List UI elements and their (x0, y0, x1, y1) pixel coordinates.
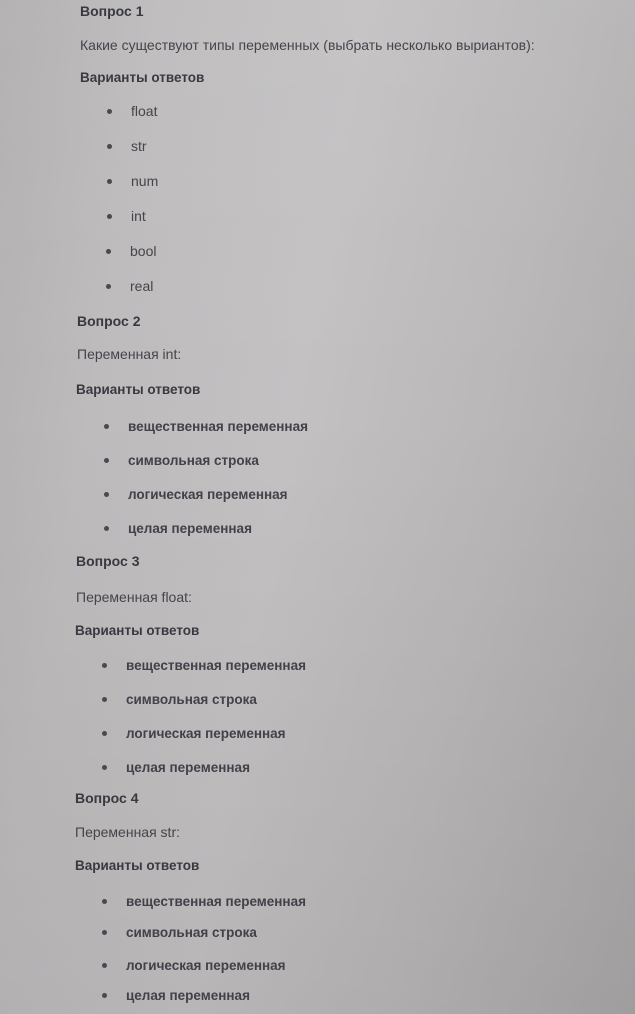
option-text: символьная строка (126, 925, 257, 940)
option-text: bool (130, 243, 156, 259)
question-title: Вопрос 4 (75, 790, 139, 806)
question-title: Вопрос 3 (76, 553, 140, 569)
bullet-icon (102, 930, 107, 935)
question-text: Переменная int: (77, 346, 181, 362)
answer-option: вещественная переменная (102, 894, 306, 909)
answer-option: логическая переменная (102, 726, 286, 741)
option-text: символьная строка (128, 453, 259, 468)
option-text: real (130, 278, 153, 294)
bullet-icon (104, 526, 109, 531)
bullet-icon (102, 663, 107, 668)
answer-option: int (107, 208, 146, 224)
option-text: логическая переменная (126, 958, 286, 973)
bullet-icon (104, 424, 109, 429)
answer-option: bool (106, 243, 156, 259)
bullet-icon (104, 492, 109, 497)
answer-option: вещественная переменная (104, 419, 308, 434)
answer-option: real (106, 278, 153, 294)
bullet-icon (104, 458, 109, 463)
option-text: вещественная переменная (126, 658, 306, 673)
bullet-icon (107, 144, 112, 149)
option-text: символьная строка (126, 692, 257, 707)
answer-option: float (107, 103, 157, 119)
option-text: логическая переменная (126, 726, 286, 741)
option-text: num (131, 173, 158, 189)
answer-option: целая переменная (102, 988, 250, 1003)
answer-option: логическая переменная (102, 958, 286, 973)
option-text: целая переменная (126, 760, 250, 775)
option-text: целая переменная (128, 521, 252, 536)
answer-option: логическая переменная (104, 487, 288, 502)
answer-option: символьная строка (104, 453, 259, 468)
option-text: вещественная переменная (128, 419, 308, 434)
option-text: логическая переменная (128, 487, 288, 502)
answers-label: Варианты ответов (76, 382, 200, 397)
bullet-icon (106, 284, 111, 289)
bullet-icon (102, 963, 107, 968)
answers-label: Варианты ответов (80, 70, 204, 85)
bullet-icon (102, 993, 107, 998)
answers-label: Варианты ответов (75, 858, 199, 873)
answer-option: str (107, 138, 147, 154)
option-text: вещественная переменная (126, 894, 306, 909)
bullet-icon (102, 765, 107, 770)
option-text: float (131, 103, 157, 119)
bullet-icon (106, 249, 111, 254)
answers-label: Варианты ответов (75, 623, 199, 638)
answer-option: символьная строка (102, 692, 257, 707)
option-text: str (131, 138, 147, 154)
question-text: Какие существуют типы переменных (выбрат… (80, 37, 535, 53)
option-text: int (131, 208, 146, 224)
bullet-icon (102, 731, 107, 736)
answer-option: целая переменная (102, 760, 250, 775)
question-text: Переменная str: (75, 824, 180, 840)
answer-option: символьная строка (102, 925, 257, 940)
bullet-icon (102, 899, 107, 904)
answer-option: вещественная переменная (102, 658, 306, 673)
question-title: Вопрос 2 (77, 313, 141, 329)
bullet-icon (102, 697, 107, 702)
question-title: Вопрос 1 (80, 3, 144, 19)
answer-option: num (107, 173, 158, 189)
question-text: Переменная float: (76, 589, 192, 605)
bullet-icon (107, 109, 112, 114)
bullet-icon (107, 179, 112, 184)
bullet-icon (107, 214, 112, 219)
option-text: целая переменная (126, 988, 250, 1003)
answer-option: целая переменная (104, 521, 252, 536)
